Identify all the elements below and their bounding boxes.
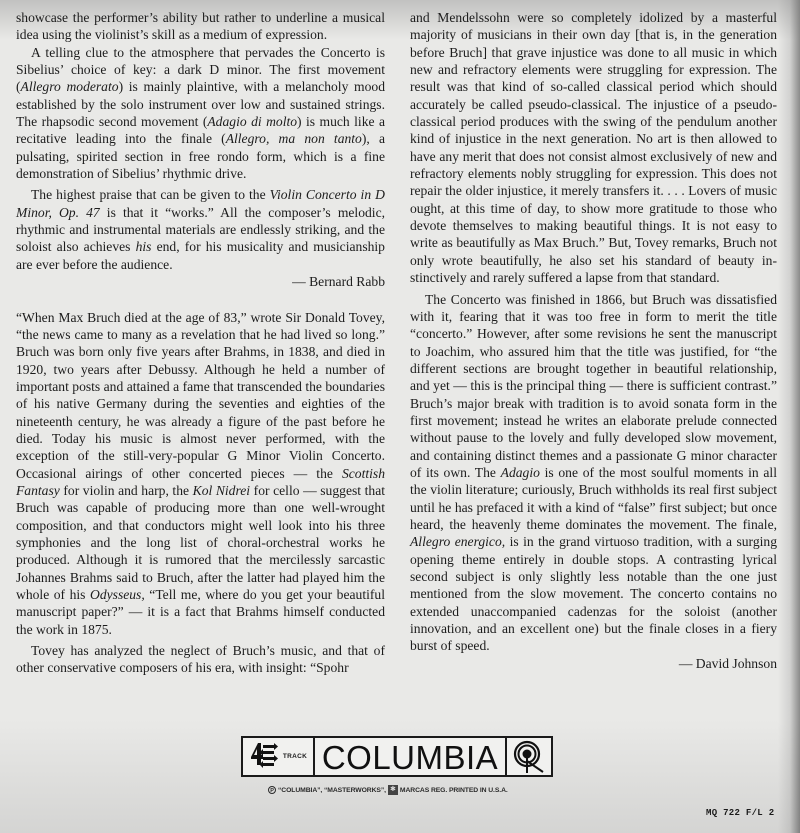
emphasis: his xyxy=(136,239,152,254)
text-run: The highest praise that can be given to … xyxy=(31,187,270,202)
bruch-paragraph-1: “When Max Bruch died at the age of 83,” … xyxy=(16,309,385,639)
masterworks-mark-icon: ✱ xyxy=(388,785,398,795)
4-track-arrows-icon xyxy=(249,740,279,773)
text-run: for cello — suggest that Bruch was capab… xyxy=(16,483,385,602)
sibelius-paragraph-1: showcase the performer’s ability but rat… xyxy=(16,9,385,44)
right-column: and Mendelssohn were so completely idoli… xyxy=(410,9,777,672)
movement-title: Allegro energico, xyxy=(410,534,505,549)
left-column: showcase the performer’s ability but rat… xyxy=(16,9,385,677)
registration-text: MARCAS REG. PRINTED IN U.S.A. xyxy=(400,787,508,794)
bruch-paragraph-4: The Concerto was finished in 1866, but B… xyxy=(410,291,777,655)
columbia-logo-box: TRACK COLUMBIA xyxy=(241,736,553,777)
text-run: for violin and harp, the xyxy=(60,483,193,498)
movement-title: Allegro moderato xyxy=(21,79,119,94)
bruch-paragraph-2: Tovey has analyzed the neglect of Bruch’… xyxy=(16,642,385,677)
movement-title: Allegro, ma non tanto xyxy=(226,131,362,146)
bruch-paragraph-3: and Mendelssohn were so completely idoli… xyxy=(410,9,777,287)
signature-david-johnson: — David Johnson xyxy=(410,655,777,672)
sibelius-paragraph-2: A telling clue to the atmosphere that pe… xyxy=(16,44,385,183)
work-title: Kol Nidrei xyxy=(193,483,250,498)
section-divider xyxy=(16,291,385,309)
copyright-line: P “COLUMBIA”, “MASTERWORKS”, ✱ MARCAS RE… xyxy=(268,785,568,795)
signature-bernard-rabb: — Bernard Rabb xyxy=(16,273,385,290)
text-run: The Concerto was finished in 1866, but B… xyxy=(410,292,777,480)
four-track-cell: TRACK xyxy=(243,738,315,775)
movement-title: Adagio xyxy=(501,465,540,480)
movement-title: Adagio di molto xyxy=(207,114,297,129)
text-run: is in the grand virtu­oso tradition, wit… xyxy=(410,534,777,653)
phonogram-copyright-icon: P xyxy=(268,786,276,794)
track-label: TRACK xyxy=(283,753,307,760)
sibelius-paragraph-3: The highest praise that can be given to … xyxy=(16,186,385,273)
text-run: “When Max Bruch died at the age of 83,” … xyxy=(16,310,385,481)
work-title: Odysseus, xyxy=(90,587,145,602)
trademark-text: “COLUMBIA”, “MASTERWORKS”, xyxy=(278,787,386,794)
columbia-walking-eye-icon xyxy=(507,738,551,775)
columbia-wordmark: COLUMBIA xyxy=(315,738,507,775)
catalog-number: MQ 722 F/L 2 xyxy=(706,808,774,818)
